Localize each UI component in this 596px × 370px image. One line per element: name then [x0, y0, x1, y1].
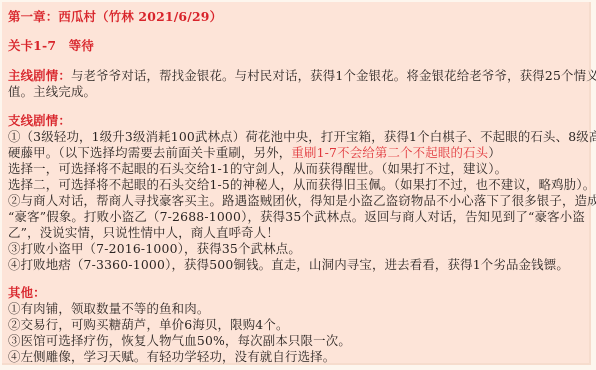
side-story-heading: 支线剧情： [8, 113, 71, 129]
main-story-text: 与老爷爷对话，帮找金银花。与村民对话，获得1个金银花。将金银花给老爷爷，获得25… [71, 68, 596, 83]
side-story-line-2-pre: 硬藤甲。（以下选择均需要去前面关卡重刷，另外， [8, 145, 291, 160]
side-story-warning: 重刷1-7不会给第二个不起眼的石头 [291, 145, 488, 160]
main-story-heading: 主线剧情： [8, 68, 71, 83]
level-title: 关卡1-7 等待 [8, 38, 94, 54]
side-story-line-9: ④打败地痞（7-3360-1000），获得500铜钱。直走，山洞内寻宝，进去看看… [8, 257, 569, 273]
main-story-line-1: 主线剧情：与老爷爷对话，帮找金银花。与村民对话，获得1个金银花。将金银花给老爷爷… [8, 68, 596, 84]
side-story-line-3: 选择一，可选择将不起眼的石头交给1-1的守剑人，从而获得醒世。（如果打不过，建议… [8, 161, 507, 177]
side-story-line-5: ②与商人对话，帮商人寻找豪客买主。路遇盗贼团伙，得知是小盗乙盗窃物品不小心落下了… [8, 193, 596, 209]
other-item-3: ③医馆可选择疗伤，恢复人物气血50%，每次副本只限一次。 [8, 333, 351, 349]
guide-page: 第一章：西瓜村（竹林 2021/6/29） 关卡1-7 等待 主线剧情：与老爷爷… [2, 2, 591, 365]
chapter-title: 第一章：西瓜村（竹林 2021/6/29） [8, 9, 222, 25]
side-story-line-4: 选择二，可选择将不起眼的石头交给1-5的神秘人，从而获得旧玉佩。（如果打不过，也… [8, 177, 595, 193]
other-item-4: ④左侧雕像，学习天赋。有轻功学轻功，没有就自行选择。 [8, 349, 335, 365]
side-story-line-2-post: ） [488, 145, 501, 160]
main-story-line-2: 值。主线完成。 [8, 84, 96, 100]
side-story-line-2: 硬藤甲。（以下选择均需要去前面关卡重刷，另外，重刷1-7不会给第二个不起眼的石头… [8, 145, 501, 161]
other-heading: 其他： [8, 285, 46, 301]
side-story-line-1: ①（3级轻功，1级升3级消耗100武林点）荷花池中央，打开宝箱，获得1个白棋子、… [8, 129, 596, 145]
other-item-2: ②交易行，可购买糖葫芦，单价6海贝，限购4个。 [8, 317, 289, 333]
other-item-1: ①有肉铺，领取数量不等的鱼和肉。 [8, 301, 209, 317]
side-story-line-6: “豪客”假象。打败小盗乙（7-2688-1000），获得35个武林点。返回与商人… [8, 209, 585, 225]
side-story-line-8: ③打败小盗甲（7-2016-1000），获得35个武林点。 [8, 241, 301, 257]
side-story-line-7: 乙”，没说实情，只说性情中人，商人直呼奇人！ [8, 225, 279, 241]
